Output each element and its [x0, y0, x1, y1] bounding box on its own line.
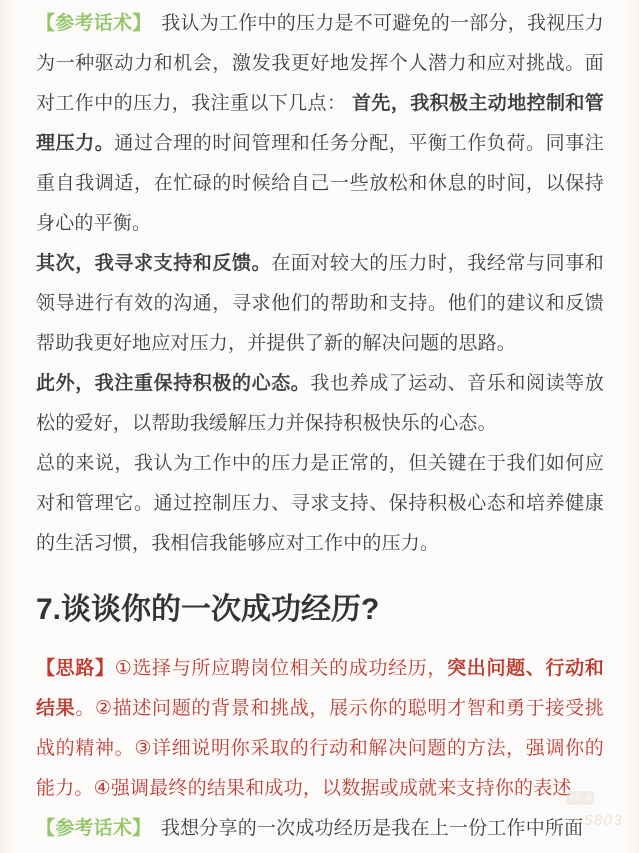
text-segment-heading: 7.谈谈你的一次成功经历?	[36, 593, 379, 626]
text-segment-bold: 此外，我注重保持积极的心态。	[36, 373, 310, 394]
paragraph-4: 总的来说，我认为工作中的压力是正常的，但关键在于我们如何应对和管理它。通过控制压…	[36, 444, 604, 564]
text-segment-bold: 其次，我寻求支持和反馈。	[36, 253, 271, 274]
paragraph-3: 此外，我注重保持积极的心态。我也养成了运动、音乐和阅读等放松的爱好，以帮助我缓解…	[36, 364, 604, 444]
text-segment-red: ①选择与所应聘岗位相关的成功经历，	[115, 658, 447, 679]
text-segment-normal: 通过合理的时间管理和任务分配，平衡工作负荷。同事注重自我调适，在忙碌的时候给自己…	[36, 133, 604, 234]
question-heading: 7.谈谈你的一次成功经历?	[36, 590, 604, 630]
paragraph-6: 【思路】①选择与所应聘岗位相关的成功经历，突出问题、行动和结果。②描述问题的背景…	[36, 649, 604, 809]
text-segment-red: 。②描述问题的背景和挑战，展示你的聪明才智和勇于接受挑战的精神。③详细说明你采取…	[36, 698, 604, 799]
text-segment-normal: 我想分享的一次成功经历是我在上一份工作中所面	[142, 818, 584, 839]
text-segment-green-bold: 【参考话术】	[36, 818, 142, 839]
paragraph-2: 其次，我寻求支持和反馈。在面对较大的压力时，我经常与同事和领导进行有效的沟通，寻…	[36, 244, 604, 364]
document-content: 【参考话术】 我认为工作中的压力是不可避免的一部分，我视压力为一种驱动力和机会，…	[0, 0, 639, 849]
text-segment-red-bold: 【思路】	[36, 658, 115, 679]
text-segment-green-bold: 【参考话术】	[36, 13, 142, 34]
document-page: { "colors": { "green": "#92c566", "red":…	[0, 0, 639, 853]
text-segment-normal: 总的来说，我认为工作中的压力是正常的，但关键在于我们如何应对和管理它。通过控制压…	[36, 453, 604, 554]
paragraph-7: 【参考话术】 我想分享的一次成功经历是我在上一份工作中所面	[36, 809, 604, 849]
paragraph-1: 【参考话术】 我认为工作中的压力是不可避免的一部分，我视压力为一种驱动力和机会，…	[36, 4, 604, 244]
